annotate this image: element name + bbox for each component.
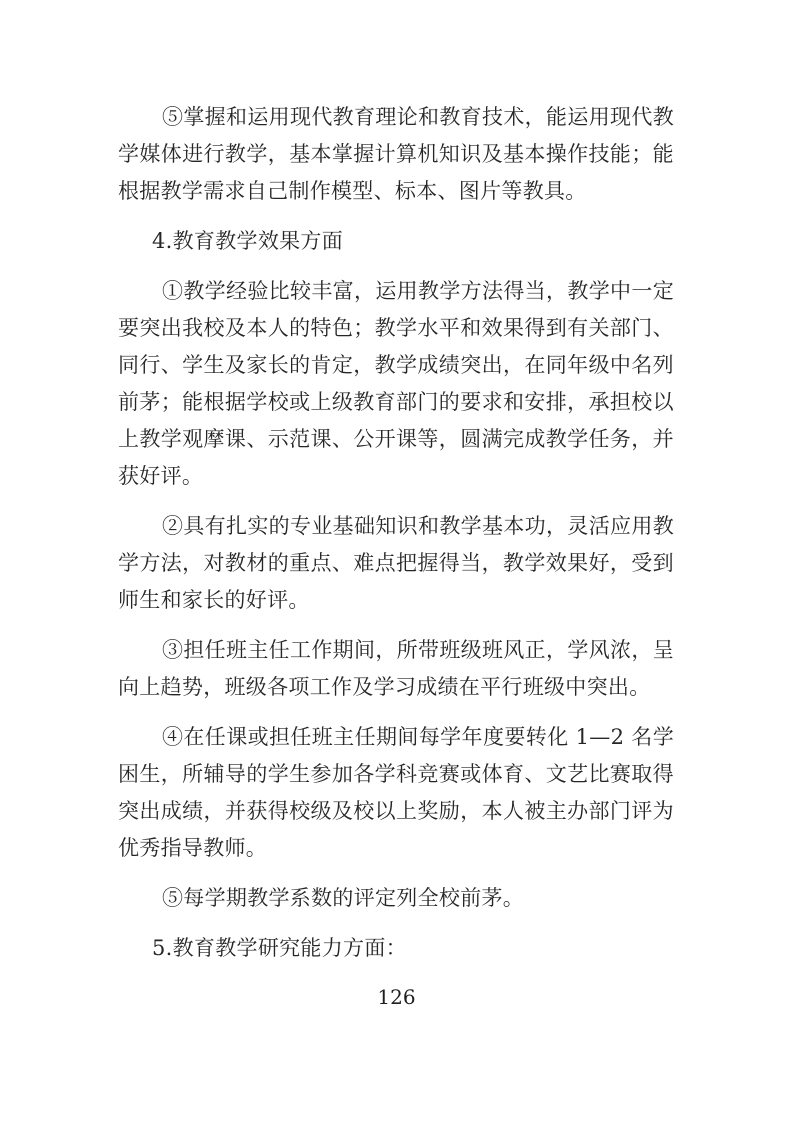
paragraph-circled-4-student-transformation: ④在任课或担任班主任期间每学年度要转化 1—2 名学困生，所辅导的学生参加各学科… bbox=[118, 719, 674, 867]
paragraph-circled-3-class-teacher: ③担任班主任工作期间，所带班级班风正，学风浓，呈向上趋势，班级各项工作及学习成绩… bbox=[118, 632, 674, 706]
paragraph-circled-5-teaching-media: ⑤掌握和运用现代教育理论和教育技术，能运用现代教学媒体进行教学，基本掌握计算机知… bbox=[118, 99, 674, 210]
section-heading-5: 5.教育教学研究能力方面： bbox=[118, 930, 674, 967]
document-page: ⑤掌握和运用现代教育理论和教育技术，能运用现代教学媒体进行教学，基本掌握计算机知… bbox=[0, 0, 793, 1122]
document-body: ⑤掌握和运用现代教育理论和教育技术，能运用现代教学媒体进行教学，基本掌握计算机知… bbox=[118, 99, 674, 980]
page-number: 126 bbox=[0, 985, 793, 1009]
section-heading-4: 4.教育教学效果方面 bbox=[118, 223, 674, 260]
paragraph-circled-2-subject-knowledge: ②具有扎实的专业基础知识和教学基本功，灵活应用教学方法，对教材的重点、难点把握得… bbox=[118, 508, 674, 619]
paragraph-circled-5-teaching-coefficient: ⑤每学期教学系数的评定列全校前茅。 bbox=[118, 880, 674, 917]
paragraph-circled-1-teaching-experience: ①教学经验比较丰富，运用教学方法得当，教学中一定要突出我校及本人的特色；教学水平… bbox=[118, 273, 674, 495]
